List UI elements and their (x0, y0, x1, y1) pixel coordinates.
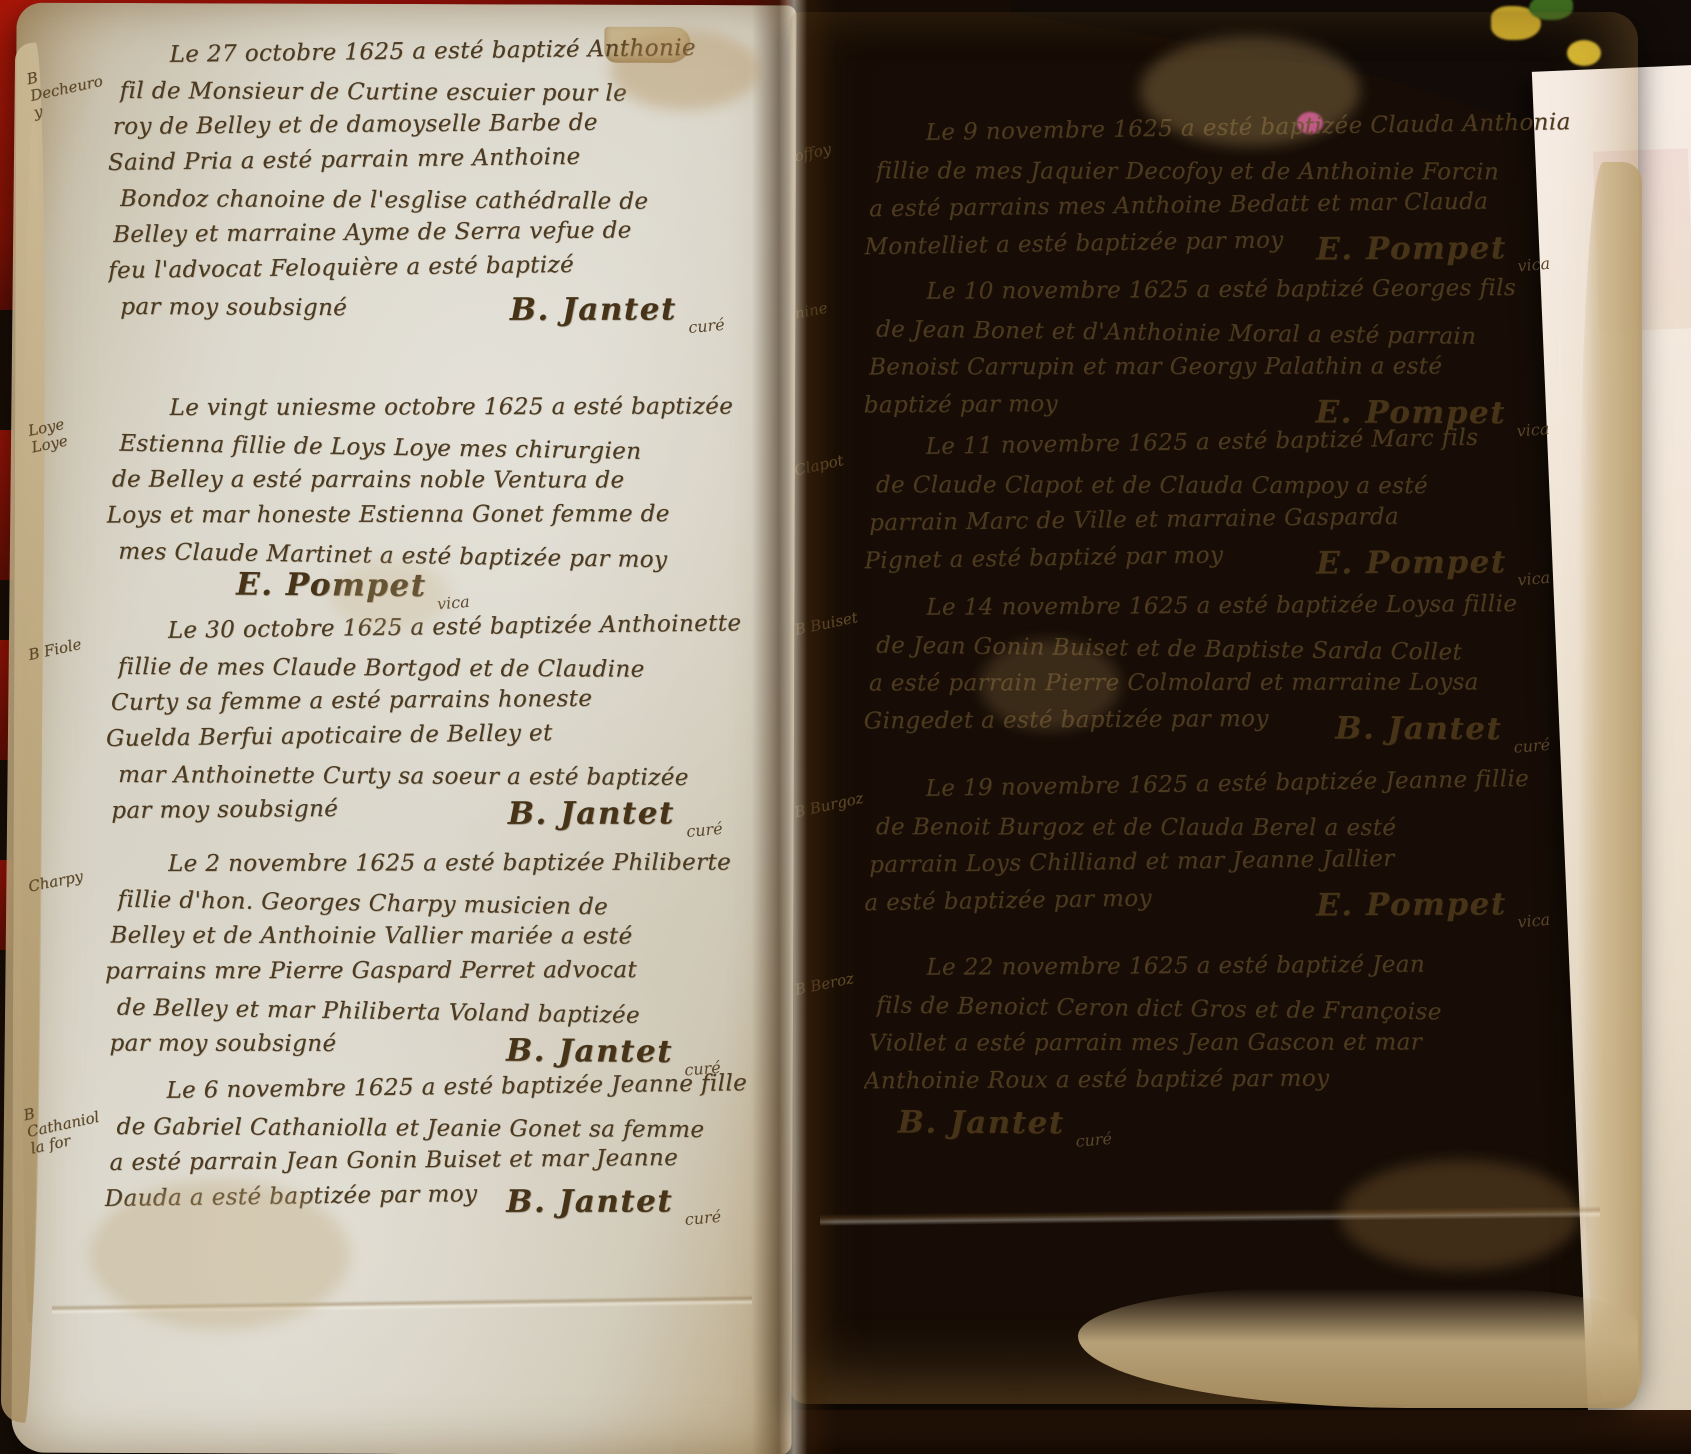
manuscript-line: Le 14 novembre 1625 a esté baptizée Loys… (926, 585, 1596, 627)
signature-title: curé (687, 315, 725, 337)
signature-title: curé (684, 1207, 722, 1229)
register-page-right: offoy Le 9 novembre 1625 a esté baptizée… (790, 12, 1638, 1404)
signature-name: B. Jantet (508, 795, 675, 831)
register-page-left: B Decheuroy Le 27 octobre 1625 a esté ba… (11, 3, 796, 1454)
margin-note: B Buiset (793, 607, 871, 639)
entry-text: Le vingt uniesme octobre 1625 a esté bap… (106, 390, 769, 575)
baptism-entry: B Burgoz Le 19 novembre 1625 a esté bapt… (864, 766, 1597, 926)
margin-note: Clapot (793, 447, 871, 480)
signature-name: E. Pompet (1316, 230, 1507, 267)
manuscript-line: parrains mre Pierre Gaspard Perret advoc… (105, 952, 767, 990)
page-crease (52, 1295, 752, 1315)
manuscript-line: Benoist Carrupin et mar Georgy Palathin … (869, 347, 1596, 386)
manuscript-line: Saind Pria a esté parrain mre Anthoine (108, 136, 770, 181)
baptism-entry: B Cathaniolla for Le 6 novembre 1625 a e… (104, 1071, 766, 1221)
manuscript-line: Le 27 octobre 1625 a esté baptizé Anthon… (169, 29, 769, 73)
manuscript-line: Le vingt uniesme octobre 1625 a esté bap… (169, 388, 769, 426)
signature-title: vica (1517, 910, 1551, 932)
signature-name: B. Jantet (506, 1033, 673, 1070)
manuscript-line: a esté parrain Pierre Colmolard et marra… (869, 663, 1596, 702)
signature-name: B. Jantet (898, 1105, 1065, 1142)
baptism-entry: nine Le 10 novembre 1625 a esté baptizé … (864, 272, 1597, 431)
manuscript-line: Belley et de Anthoinie Vallier mariée a … (110, 918, 767, 955)
manuscript-photo: B Decheuroy Le 27 octobre 1625 a esté ba… (0, 0, 1691, 1454)
baptism-entry: Clapot Le 11 novembre 1625 a esté baptiz… (864, 424, 1597, 584)
priest-signature: B. Jantet curé (104, 1030, 766, 1071)
baptism-entry: offoy Le 9 novembre 1625 a esté baptizée… (864, 110, 1597, 270)
priest-signature: B. Jantet curé (864, 1104, 1596, 1143)
signature-name: B. Jantet (510, 291, 677, 327)
margin-note: B Burgoz (793, 789, 871, 822)
signature-name: B. Jantet (1335, 710, 1502, 747)
entry-text: Le 27 octobre 1625 a esté baptizé Anthon… (108, 35, 771, 325)
signature-name: E. Pompet (1316, 544, 1507, 581)
manuscript-line: Loys et mar honeste Estienna Gonet femme… (107, 496, 769, 534)
priest-signature: B. Jantet curé (105, 1183, 767, 1221)
manuscript-line: Anthoinie Roux a esté baptizé par moy (864, 1058, 1596, 1100)
signature-name: E. Pompet (236, 567, 427, 604)
baptism-entry: Loye Loye Le vingt uniesme octobre 1625 … (106, 390, 770, 607)
baptism-entry: B Fiole Le 30 octobre 1625 a esté baptiz… (106, 611, 769, 833)
signature-title: curé (685, 819, 723, 841)
signature-title: curé (1075, 1129, 1113, 1151)
manuscript-line: Guelda Berfui apoticaire de Belley et (106, 712, 768, 757)
priest-signature: E. Pompet vica (864, 886, 1596, 926)
baptism-entry: B Decheuroy Le 27 octobre 1625 a esté ba… (108, 35, 771, 329)
manuscript-line: Le 10 novembre 1625 a esté baptizé Georg… (926, 269, 1596, 311)
baptism-entry: Charpy Le 2 novembre 1625 a esté baptizé… (104, 846, 768, 1071)
priest-signature: B. Jantet curé (106, 795, 768, 833)
manuscript-line: Le 19 novembre 1625 a esté baptizée Jean… (925, 759, 1596, 808)
manuscript-line: Le 30 octobre 1625 a esté baptizée Antho… (168, 605, 768, 649)
signature-title: curé (1513, 735, 1551, 757)
margin-note: offoy (793, 133, 871, 166)
manuscript-line: Le 6 novembre 1625 a esté baptizée Jeann… (166, 1065, 766, 1109)
manuscript-line: Viollet a esté parrain mes Jean Gascon e… (869, 1023, 1596, 1062)
entry-text: Le 22 novembre 1625 a esté baptizé Jeanf… (864, 948, 1597, 1103)
manuscript-line: Le 22 novembre 1625 a esté baptizé Jean (926, 945, 1596, 987)
priest-signature: B. Jantet curé (864, 708, 1596, 747)
page-crease (820, 1206, 1600, 1226)
manuscript-line: Le 9 novembre 1625 a esté baptizée Claud… (925, 103, 1596, 152)
manuscript-line: de Belley a esté parrains noble Ventura … (112, 462, 769, 499)
manuscript-line: feu l'advocat Feloquière a esté baptizé (108, 244, 770, 289)
baptism-entry: B Buiset Le 14 novembre 1625 a esté bapt… (864, 588, 1597, 747)
signature-name: E. Pompet (1316, 886, 1507, 923)
baptism-entry: B Beroz Le 22 novembre 1625 a esté bapti… (864, 948, 1597, 1143)
manuscript-line: Le 2 novembre 1625 a esté baptizée Phili… (168, 844, 768, 882)
priest-signature: E. Pompet vica (864, 230, 1596, 270)
priest-signature: B. Jantet curé (108, 291, 770, 329)
priest-signature: E. Pompet vica (106, 566, 768, 607)
margin-note: B Beroz (793, 967, 871, 999)
priest-signature: E. Pompet vica (864, 544, 1596, 584)
margin-note: nine (793, 291, 871, 323)
signature-name: B. Jantet (506, 1183, 673, 1219)
ragged-page-edge (1078, 1288, 1638, 1408)
